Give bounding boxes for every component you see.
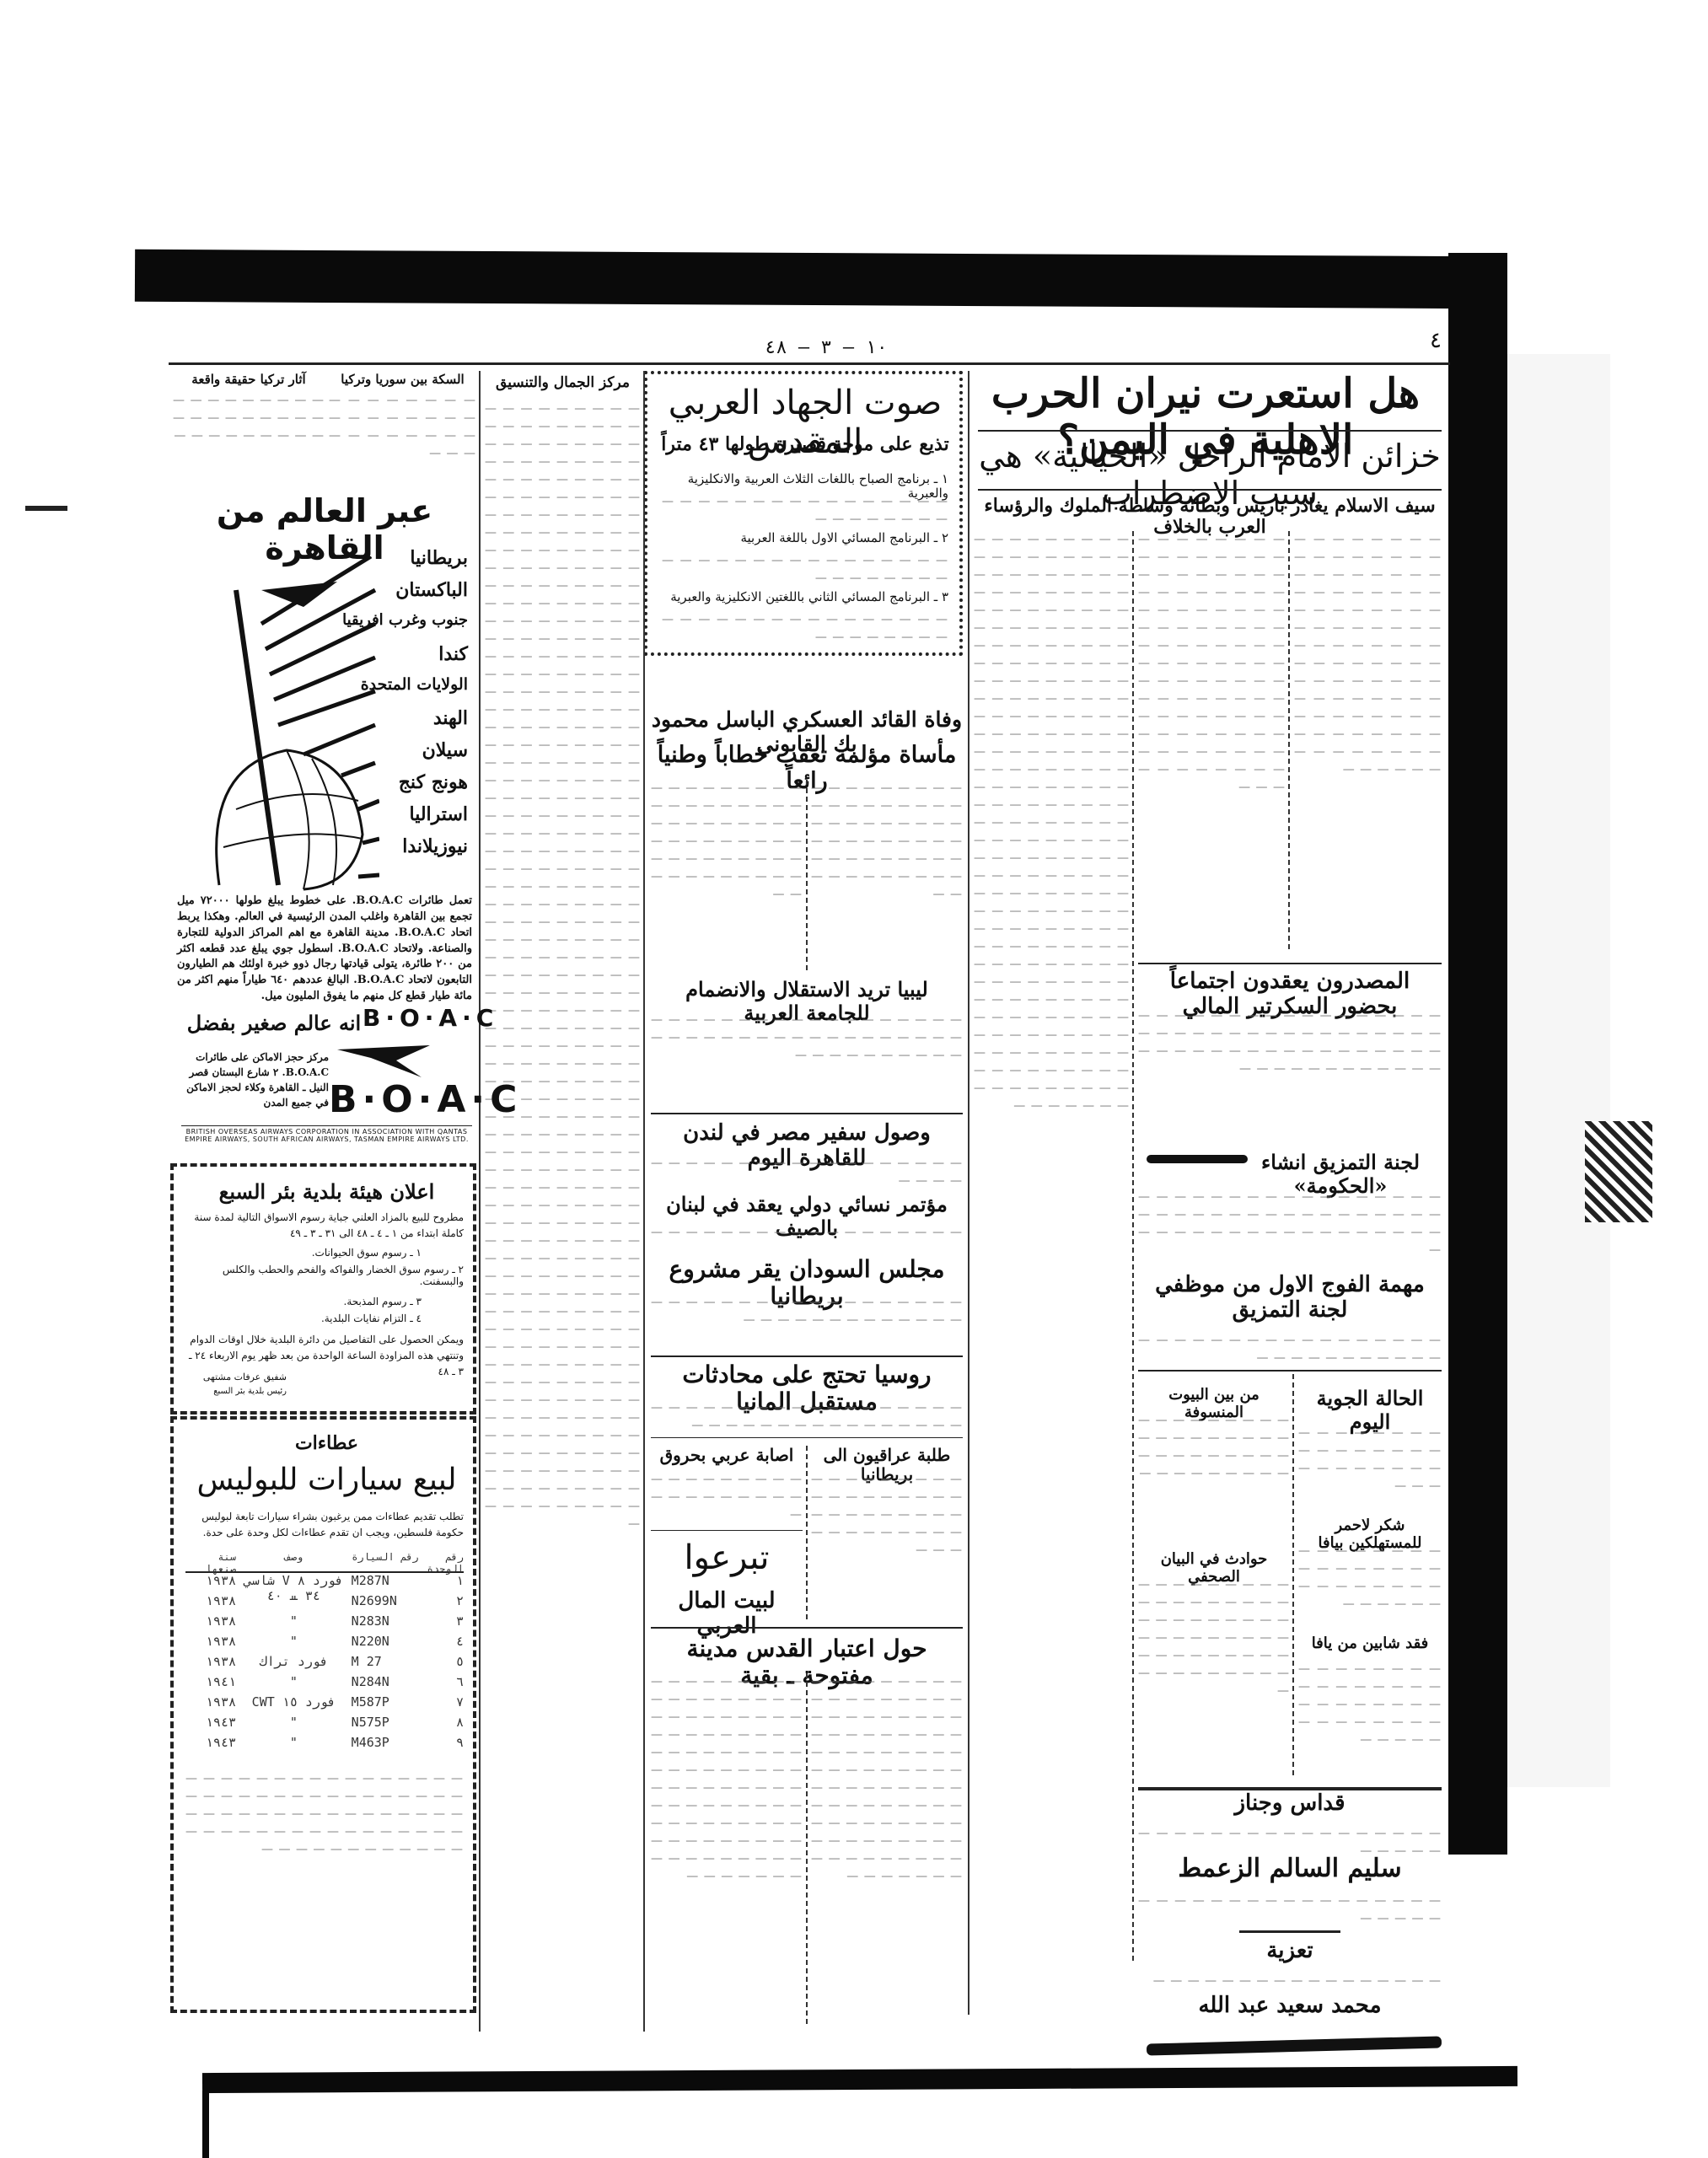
table-cell: M463P [352,1735,419,1755]
partition-gov-body: — — — — — — — — — — — — — — — — — — — — … [1138,1189,1442,1273]
column-divider [479,371,481,2032]
table-cell: فورد تراك [239,1654,348,1674]
syria-turkey-body: — — — — — — — — — — — — — — — — — — — — … [329,392,476,485]
ambassador-body: — — — — — — — — — — — — — — — — — — — — … [651,1155,963,1189]
radio-item-2-detail: — — — — — — — — — — — — — — — — — — — — … [662,552,948,586]
police-cars-headline: لبيع سيارات للبوليس [181,1463,472,1497]
boac-logo-small: B·O·A·C [363,1005,472,1032]
libya-body: — — — — — — — — — — — — — — — — — — — — … [651,1012,963,1104]
table-cell: ١٩٣٨ [185,1593,236,1613]
table-cell: " [239,1735,348,1755]
table-cell: ١٩٣٨ [185,1654,236,1674]
burn-injury-body: — — — — — — — — — — — — — — — — — — — [651,1471,803,1522]
table-cell: N283N [352,1613,419,1634]
rule [651,1437,963,1438]
boac-destination: كندا [325,644,468,676]
second-column-body: — — — — — — — — — — — — — — — — — — — — … [485,400,641,2027]
table-cell: فورد ٨ V شاسي ٣٤ ـ ٤٠ [239,1573,348,1593]
missing-youth-body: — — — — — — — — — — — — — — — — — — — — … [1298,1661,1442,1787]
rule [978,489,1442,491]
mass-notice-name: سليم السالم الزعمط [1138,1855,1442,1884]
table-cell: ١٩٣٨ [185,1634,236,1654]
radio-item-3: ٣ ـ البرنامج المسائي الثاني باللغتين الا… [662,590,948,604]
missing-youth-headline: فقد شابين من يافا [1298,1635,1442,1653]
rule [1138,963,1442,964]
table-cell: " [239,1593,348,1613]
scan-border-right [1448,253,1507,1855]
boac-slogan: انه عالم صغير بفضل [177,1012,371,1035]
mass-notice-detail: — — — — — — — — — — — — — — — — — — — — … [1138,1892,1442,1926]
boac-destination: هونج كنج [325,772,468,804]
column-divider [806,780,808,974]
decorative-stroke [1147,2036,1442,2055]
partition-staff-headline: مهمة الفوج الاول من موظفي لجنة التمزيق [1138,1273,1442,1323]
condolence-headline: تعزية [1138,1939,1442,1964]
newspaper-page: ٤ ١٠ — ٣ — ٤٨ هل استعرت نيران الحرب الاه… [169,320,1450,2057]
women-conference-body: — — — — — — — — — — — — — — — — — — — [651,1224,963,1249]
table-row: ٣N283N"١٩٣٨ [185,1613,464,1634]
turkey-body: — — — — — — — — — — — — — — — — — — — — … [173,392,325,485]
table-cell: M587P [352,1694,419,1715]
boac-destination: الباكستان [325,580,468,612]
beersheba-signature: شفيق عرفات مشتهى [185,1372,287,1383]
table-cell: ١٩٤٣ [185,1715,236,1735]
table-row: ٧M587Pفورد ١٥ CWT١٩٣٨ [185,1694,464,1715]
rule [651,1113,963,1114]
table-cell: " [239,1674,348,1694]
donate-headline: تبرعوا [651,1538,803,1577]
jerusalem-body-2: — — — — — — — — — — — — — — — — — — — — … [651,1673,803,2027]
column-divider [806,1446,808,1623]
table-cell: ١٩٣٨ [185,1613,236,1634]
table-row: ١M287Nفورد ٨ V شاسي ٣٤ ـ ٤٠١٩٣٨ [185,1573,464,1593]
obituary-body-2: — — — — — — — — — — — — — — — — — — — — … [651,780,803,974]
table-cell: ٨ [422,1715,464,1735]
table-cell: ١٩٣٨ [185,1694,236,1715]
sudan-body: — — — — — — — — — — — — — — — — — — — — … [651,1294,963,1353]
table-cell: N2699N [352,1593,419,1613]
mass-notice-headline: قداس وجناز [1138,1791,1442,1817]
column-divider [968,371,969,2015]
radio-subtitle: تذيع على موجة قصيرة طولها ٤٣ متراً [653,434,957,455]
table-cell: ٤ [422,1634,464,1654]
beersheba-headline: اعلان هيئة بلدية بئر السبع [181,1180,472,1204]
page-number: ٤ [1430,329,1442,354]
speedbird-logo-icon [337,1045,430,1079]
masthead-rule [169,362,1450,365]
column-divider [643,371,645,2032]
boac-logo: B·O·A·C [329,1079,472,1122]
date-line: ١٠ — ٣ — ٤٨ [742,337,910,358]
boac-destination: الولايات المتحدة [325,676,468,708]
police-cars-table: رقم الوحدة رقم السيارة وصف سنة صنعها ١M2… [185,1551,464,1755]
lead-body-col1: — — — — — — — — — — — — — — — — — — — — … [1294,531,1442,953]
table-cell: M 27 [352,1654,419,1674]
obituary-body-1: — — — — — — — — — — — — — — — — — — — — … [811,780,963,974]
beersheba-item: ٤ ـ التزام نفايات البلدية. [202,1313,422,1325]
radio-item-3-detail: — — — — — — — — — — — — — — — — — — — — … [662,611,948,645]
rule [651,1530,803,1531]
table-cell: ٥ [422,1654,464,1674]
table-cell: N575P [352,1715,419,1735]
column-header: سنة صنعها [185,1551,236,1571]
boac-destination: بريطانيا [325,548,468,580]
table-cell: " [239,1613,348,1634]
column-divider [1288,531,1290,953]
syria-turkey-title: السكة بين سوريا وتركيا [329,373,476,387]
table-cell: M287N [352,1573,419,1593]
center-title: مركز الجمال والتنسيق [485,375,641,392]
rule [1138,1370,1442,1372]
boac-destination-list: بريطانيا الباكستان جنوب وغرب افريقيا كند… [325,548,468,868]
rule [651,1355,963,1357]
table-cell: ٣ [422,1613,464,1634]
lead-body-col3: — — — — — — — — — — — — — — — — — — — — … [974,531,1130,1964]
scan-border-bottom [202,2066,1517,2093]
table-cell: ٧ [422,1694,464,1715]
financial-body: — — — — — — — — — — — — — — — — — — — — … [1138,1007,1442,1134]
lead-body-col2: — — — — — — — — — — — — — — — — — — — — … [1138,531,1286,953]
radio-item-2: ٢ ـ البرنامج المسائي الاول باللغة العربي… [662,531,948,545]
boac-destination: سيلان [325,740,468,772]
army-incidents-body: — — — — — — — — — — — — — — — — — — — — … [1138,1576,1290,1779]
table-cell: فورد ١٥ CWT [239,1694,348,1715]
jerusalem-body-1: — — — — — — — — — — — — — — — — — — — — … [811,1673,963,2027]
police-cars-more-rows: — — — — — — — — — — — — — — — — — — — — … [185,1770,464,1989]
table-cell: ١ [422,1573,464,1593]
beersheba-signature-title: رئيس بلدية بئر السبع [185,1387,287,1397]
police-cars-rows: ١M287Nفورد ٨ V شاسي ٣٤ ـ ٤٠١٩٣٨٢N2699N"١… [185,1573,464,1755]
boac-destination: نيوزيلاندا [325,836,468,868]
decorative-stroke [1147,1155,1248,1163]
table-cell: ٢ [422,1593,464,1613]
table-row: ٦N284N"١٩٤١ [185,1674,464,1694]
table-row: ٩M463P"١٩٤٣ [185,1735,464,1755]
iraqi-students-body: — — — — — — — — — — — — — — — — — — — — … [811,1471,963,1623]
scan-border-top [135,250,1484,309]
beersheba-item: ١ ـ رسوم سوق الحيوانات. [202,1248,422,1259]
column-divider [806,1673,808,2027]
table-cell: ١٩٤٣ [185,1735,236,1755]
boac-footer: BRITISH OVERSEAS AIRWAYS CORPORATION IN … [181,1128,472,1143]
table-row: ٤N220N"١٩٣٨ [185,1634,464,1654]
rule [978,430,1442,432]
rule [181,1125,472,1126]
scan-mark [25,506,67,511]
boac-destination: استراليا [325,804,468,836]
rule [1239,1930,1340,1933]
boac-body: تعمل طائرات B.O.A.C. على خطوط يبلغ طولها… [177,894,472,1005]
table-cell: N284N [352,1674,419,1694]
partition-staff-body: — — — — — — — — — — — — — — — — — — — — … [1138,1332,1442,1382]
police-cars-kicker: عطاءات [181,1433,472,1454]
boac-destination: الهند [325,708,468,740]
demolished-houses-body: — — — — — — — — — — — — — — — — — — — — … [1138,1412,1290,1538]
column-header: وصف [239,1551,348,1571]
table-cell: ١٩٤١ [185,1674,236,1694]
beersheba-intro: مطروح للبيع بالمزاد العلني جباية رسوم ال… [185,1210,464,1242]
burn-injury-headline: اصابة عربي بحروق [651,1446,803,1465]
table-cell: " [239,1715,348,1735]
table-cell: " [239,1634,348,1654]
radio-item-1-detail: — — — — — — — — — — — — — — — — — — — — … [662,493,948,527]
column-divider [1292,1374,1294,1779]
weather-body: — — — — — — — — — — — — — — — — — — — — … [1298,1425,1442,1509]
rule [651,1627,963,1629]
boac-booking: مركز حجز الاماكن على طائرات B.O.A.C. ٢ ش… [177,1049,329,1110]
table-cell: ٦ [422,1674,464,1694]
scan-border-bottom-left [202,2091,209,2158]
table-row: ٨N575P"١٩٤٣ [185,1715,464,1735]
red-cross-body: — — — — — — — — — — — — — — — — — — — — … [1298,1543,1442,1635]
table-row: ٥M 27فورد تراك١٩٣٨ [185,1654,464,1674]
condolence-name: محمد سعيد عبد الله [1138,1994,1442,2019]
donate-subheadline: لبيت المال العربي [651,1589,803,1640]
column-divider [1132,531,1134,1964]
table-cell: ٩ [422,1735,464,1755]
police-cars-intro: تطلب تقديم عطاءات ممن يرغبون بشراء سيارا… [185,1509,464,1541]
beersheba-item: ٣ ـ رسوم المذبحة. [202,1296,422,1308]
table-cell: ١٩٣٨ [185,1573,236,1593]
table-cell: N220N [352,1634,419,1654]
table-row: ٢N2699N"١٩٣٨ [185,1593,464,1613]
beersheba-item: ٢ ـ رسوم سوق الخضار والفواكه والفحم والح… [202,1264,464,1288]
boac-destination: جنوب وغرب افريقيا [325,612,468,644]
turkey-title: آثار تركيا حقيقة واقعة [173,373,325,387]
scan-mark [1585,1121,1652,1222]
column-header: رقم الوحدة [422,1551,464,1571]
column-header: رقم السيارة [352,1551,419,1571]
table-header: رقم الوحدة رقم السيارة وصف سنة صنعها [185,1551,464,1573]
